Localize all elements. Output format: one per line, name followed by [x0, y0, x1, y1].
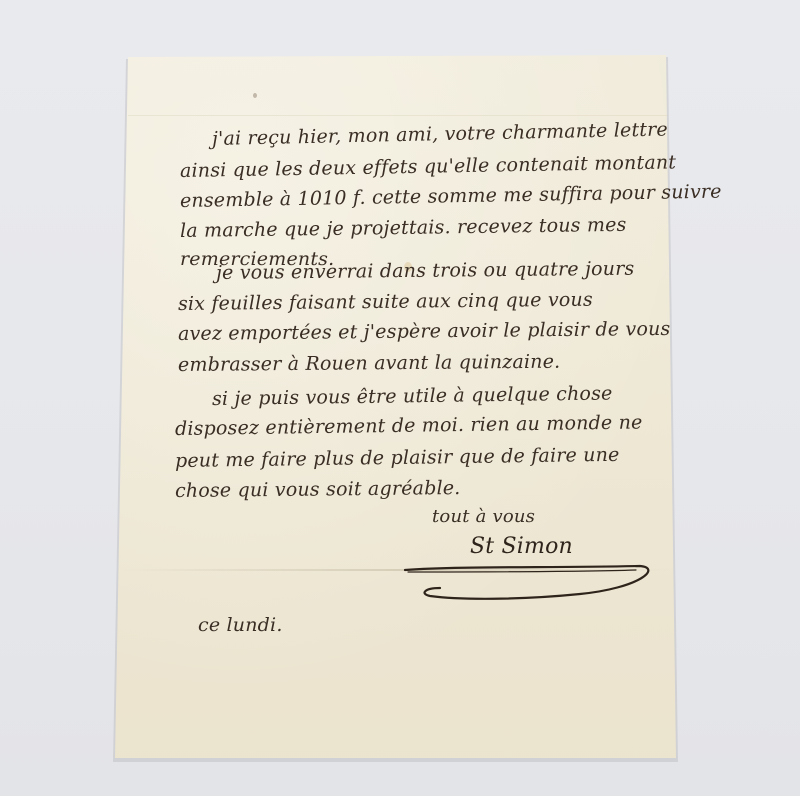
- body-line-7: six feuilles faisant suite aux cinq que …: [178, 289, 593, 315]
- body-line-4: la marche que je projettais. recevez tou…: [180, 214, 627, 242]
- body-line-1: j'ai reçu hier, mon ami, votre charmante…: [212, 118, 668, 150]
- body-line-10: si je puis vous être utile à quelque cho…: [212, 382, 613, 410]
- letter-text: j'ai reçu hier, mon ami, votre charmante…: [0, 0, 800, 796]
- body-line-8: avez emportées et j'espère avoir le plai…: [178, 318, 671, 345]
- signature-flourish: [400, 560, 660, 610]
- body-line-13: chose qui vous soit agréable.: [175, 477, 461, 502]
- body-line-3: ensemble à 1010 f. cette somme me suffir…: [180, 181, 722, 212]
- body-line-12: peut me faire plus de plaisir que de fai…: [175, 444, 620, 472]
- dateline: ce lundi.: [198, 614, 283, 636]
- body-line-9: embrasser à Rouen avant la quinzaine.: [178, 351, 561, 376]
- body-line-11: disposez entièrement de moi. rien au mon…: [175, 411, 643, 440]
- body-line-6: je vous enverrai dans trois ou quatre jo…: [216, 258, 635, 284]
- signature: St Simon: [470, 534, 573, 559]
- body-line-2: ainsi que les deux effets qu'elle conten…: [180, 151, 677, 182]
- closing-salutation: tout à vous: [432, 506, 535, 527]
